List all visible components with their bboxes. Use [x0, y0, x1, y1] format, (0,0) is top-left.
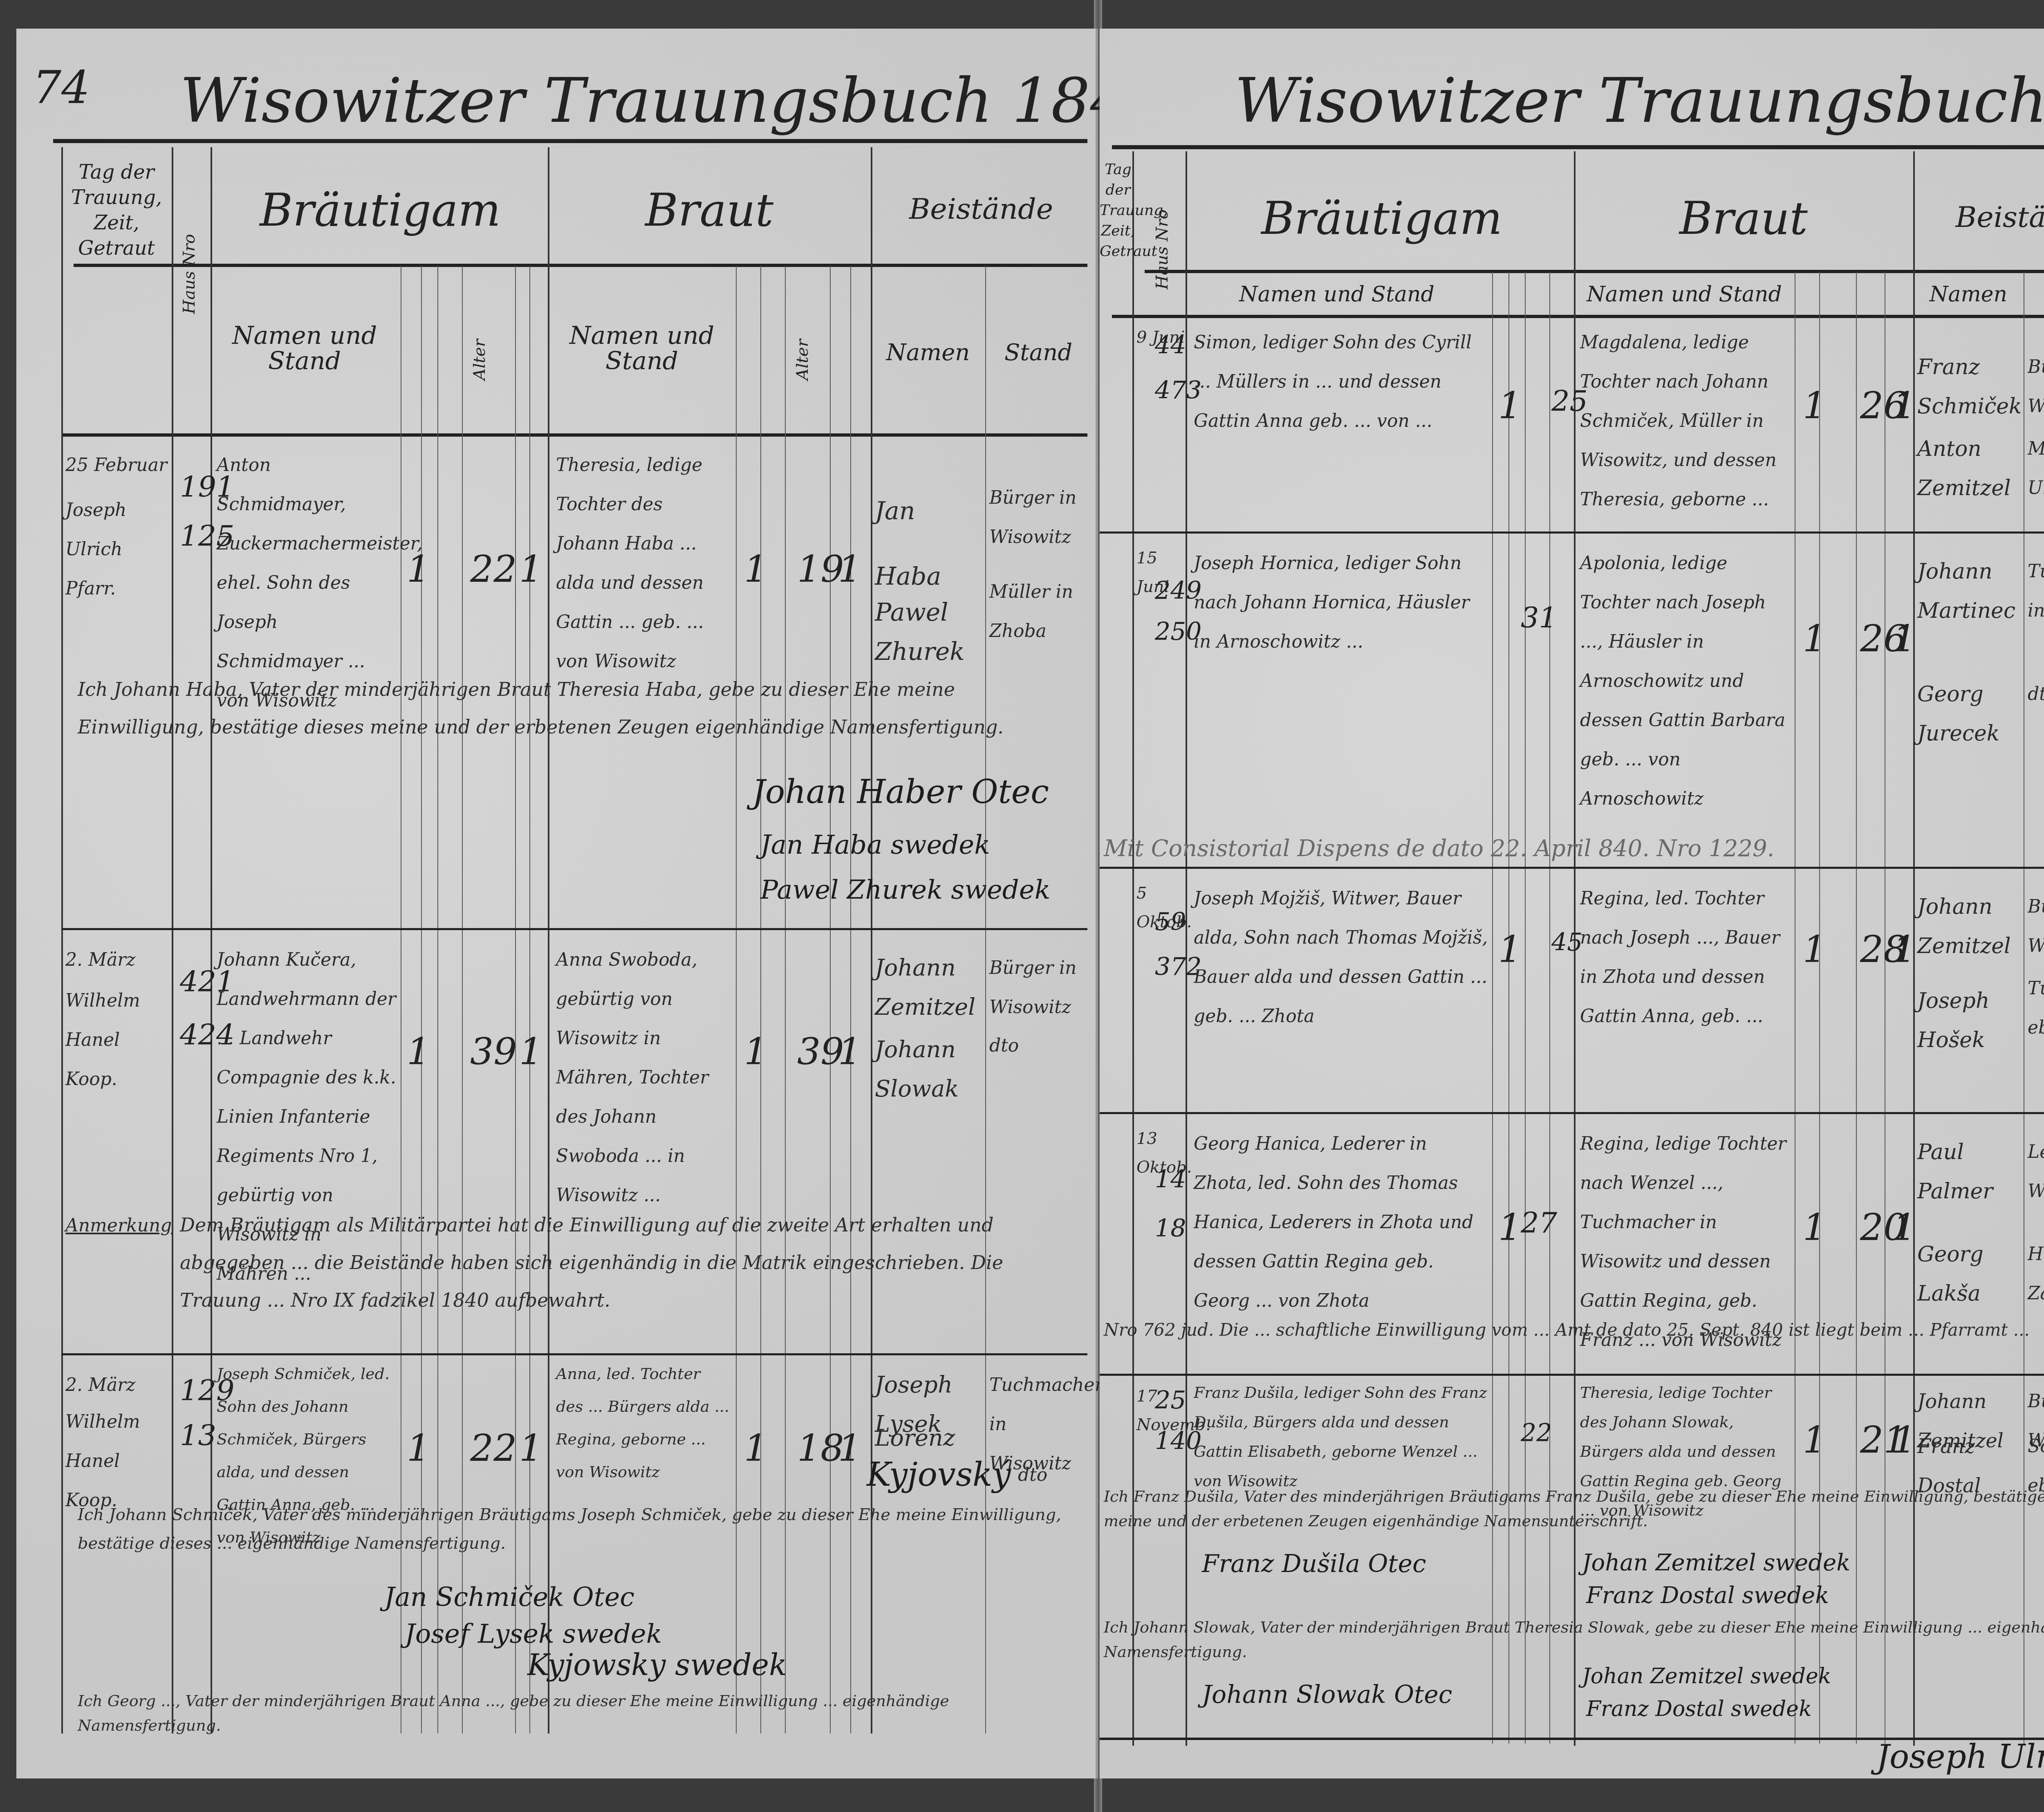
witness-name: Paul Palmer — [1917, 1132, 2019, 1211]
page-title-right: Wisowitzer Trauungsbuch 1840 — [1235, 65, 2044, 137]
consent-note-2: Ich Johann Slowak, Vater der minderjähri… — [1104, 1615, 2044, 1664]
note: Nro 762 jud. Die ... schaftliche Einwill… — [1104, 1316, 2044, 1343]
bride-age: 18 — [797, 1427, 844, 1470]
bride-religion-mark: 1 — [744, 548, 767, 591]
bride-religion-mark: 1 — [1803, 384, 1826, 427]
witness-name: Johann Slowak — [875, 1030, 981, 1109]
entry-divider — [61, 1353, 1087, 1355]
bride-single-mark: 1 — [1893, 928, 1916, 971]
groom-age: 22 — [470, 1427, 517, 1470]
witness-name: Georg Lakša — [1917, 1235, 2019, 1313]
col-line — [871, 147, 872, 1734]
witness-status: Tuchmacher in Wisowitz — [2028, 552, 2044, 630]
groom-religion-mark: 1 — [1498, 384, 1522, 427]
witness-name: Anton Zemitzel — [1917, 429, 2019, 508]
bride-single-mark: 1 — [1893, 1419, 1916, 1462]
witness-name: Johann Martinec — [1917, 552, 2019, 630]
witness-status: Bürger in Wisowitz — [989, 478, 1087, 557]
col-line — [61, 147, 63, 1734]
header-bride-name: Namen und Stand — [1578, 282, 1791, 307]
bride-single-mark: 1 — [1893, 1206, 1916, 1249]
header-bride-name: Namen und Stand — [552, 323, 732, 374]
house-no: 13 — [180, 1419, 216, 1452]
bride-description: Anna, led. Tochter des ... Bürgers alda … — [556, 1357, 732, 1488]
header-bride: Braut — [548, 184, 871, 236]
header-bottom-rule — [61, 433, 1087, 437]
page-title-left: Wisowitzer Trauungsbuch 1840 — [180, 65, 1168, 137]
groom-religion-mark: 1 — [407, 1427, 430, 1470]
witness-status: dto — [989, 1026, 1087, 1065]
bride-single-mark: 1 — [1893, 617, 1916, 660]
entry-divider — [1100, 867, 2044, 869]
bride-religion-mark: 1 — [1803, 1419, 1826, 1462]
house-no: 59 — [1155, 908, 1186, 936]
groom-single-mark: 1 — [519, 1030, 542, 1073]
remark-text: Dem Bräutigam als Militärpartei hat die … — [180, 1206, 1079, 1319]
witness-name: Joseph Hošek — [1917, 981, 2019, 1060]
signature: Johann Slowak Otec — [1202, 1680, 1452, 1709]
signature: Kyjowsky swedek — [527, 1648, 787, 1682]
header-groom-name: Namen und Stand — [1190, 282, 1484, 307]
witness-status: Bürger in Wisowitz — [2028, 887, 2044, 966]
witness-name: Jan Haba — [875, 478, 981, 609]
entry-officiant: Joseph Ulrich Pfarr. — [65, 491, 168, 608]
left-page: 74 Wisowitzer Trauungsbuch 1840 Tag der … — [16, 29, 1098, 1778]
bride-single-mark: 1 — [1893, 384, 1916, 427]
header-sub-rule — [74, 264, 1087, 267]
bride-age: 19 — [797, 548, 844, 591]
entry-divider — [61, 928, 1087, 930]
signature: Johan Zemitzel swedek — [1582, 1664, 1831, 1689]
col-line — [172, 147, 173, 1734]
header-witness-name: Namen — [1917, 282, 2019, 307]
groom-description: Georg Hanica, Lederer in Zhota, led. Soh… — [1194, 1124, 1488, 1321]
bride-single-mark: 1 — [838, 1030, 861, 1073]
signature: Jan Haba swedek — [760, 830, 990, 860]
signature: Johan Haber Otec — [752, 773, 1049, 811]
dispensation-note: Mit Consistorial Dispens de dato 22. Apr… — [1104, 830, 2044, 868]
entry-date: 2. März — [65, 940, 168, 980]
witness-name: Pawel Zhurek — [875, 593, 981, 671]
signature: Josef Lysek swedek — [405, 1619, 662, 1649]
groom-age: 31 — [1521, 601, 1557, 635]
bride-age: 39 — [797, 1030, 844, 1073]
header-top-rule — [53, 139, 1087, 143]
entry-divider — [1100, 1112, 2044, 1114]
groom-religion-mark: 1 — [407, 1030, 430, 1073]
witness-status: Bürger in Wisowitz — [2028, 348, 2044, 426]
witness-name: Georg Jurecek — [1917, 675, 2019, 753]
register-book: 74 Wisowitzer Trauungsbuch 1840 Tag der … — [0, 0, 2044, 1812]
page-number-left: 74 — [33, 61, 90, 114]
consent-note: Ich Franz Dušila, Vater des minderjährig… — [1104, 1484, 2044, 1533]
entry-divider — [1100, 1374, 2044, 1376]
header-date: Tag der Trauung, Zeit, Getraut — [1100, 159, 1136, 262]
signature: Johan Zemitzel swedek — [1582, 1550, 1850, 1576]
signature: Franz Dušila Otec — [1202, 1550, 1426, 1578]
header-groom: Bräutigam — [213, 184, 548, 236]
groom-description: Franz Dušila, lediger Sohn des Franz Duš… — [1194, 1378, 1488, 1496]
groom-religion-mark: 1 — [1498, 1206, 1522, 1249]
groom-description: Simon, lediger Sohn des Cyrill ... Mülle… — [1194, 323, 1488, 441]
witness-status: Müller in Zhoba — [989, 572, 1087, 651]
header-date: Tag der Trauung, Zeit, Getraut — [65, 159, 168, 261]
groom-age: 22 — [470, 548, 517, 591]
groom-age: 27 — [1521, 1206, 1557, 1240]
witness-status: Lederer in Wisowitz — [2028, 1132, 2044, 1211]
bride-description: Magdalena, ledige Tochter nach Johann Sc… — [1580, 323, 1793, 519]
house-no: 44 — [1155, 331, 1186, 360]
witness-status: Bürger in Wisowitz — [989, 949, 1087, 1027]
house-no: 25 — [1155, 1386, 1186, 1415]
bride-description: Apolonia, ledige Tochter nach Joseph ...… — [1580, 544, 1793, 819]
header-groom-age: Alter — [470, 294, 489, 425]
consent-note: Ich Johann Schmiček, Vater des minderjäh… — [78, 1500, 1079, 1558]
groom-age: 39 — [470, 1030, 517, 1073]
pastor-signature: Joseph Ulrich Pfarrer — [1876, 1738, 2044, 1776]
bride-description: Regina, led. Tochter nach Joseph ..., Ba… — [1580, 879, 1793, 1036]
col-line — [548, 147, 549, 1734]
header-sub-rule — [1145, 270, 2044, 273]
signature: Jan Schmiček Otec — [384, 1582, 634, 1612]
witness-name: Johann Zemitzel — [875, 949, 981, 1027]
header-witnesses: Beistände — [871, 192, 1091, 226]
bride-religion-mark: 1 — [744, 1030, 767, 1073]
col-line — [211, 147, 212, 1734]
groom-religion-mark: 1 — [407, 548, 430, 591]
house-no: 18 — [1155, 1214, 1186, 1243]
witness-status: Häusler in Zappen — [2028, 1235, 2044, 1313]
bride-religion-mark: 1 — [1803, 617, 1826, 660]
header-witness-name: Namen — [875, 339, 981, 366]
header-bride-age: Alter — [793, 294, 812, 425]
witness-status: Tuchmachermeister ebenda — [2028, 969, 2044, 1047]
header-groom: Bräutigam — [1190, 192, 1574, 244]
entry-divider — [1100, 531, 2044, 534]
consent-note: Ich Johann Haba, Vater der minderjährige… — [78, 671, 1079, 746]
groom-age: 45 — [1551, 928, 1582, 957]
header-top-rule — [1112, 145, 2044, 149]
bride-religion-mark: 1 — [1803, 928, 1826, 971]
witness-name: Lorenz — [875, 1419, 981, 1458]
witness-name: Franz Schmiček — [1917, 348, 2019, 426]
signature: Pawel Zhurek swedek — [760, 875, 1050, 905]
header-house-no: Haus Nro — [180, 172, 199, 376]
witness-status: dto — [2028, 675, 2044, 714]
remark-label: Anmerkung — [65, 1206, 168, 1245]
groom-description: Joseph Hornica, lediger Sohn nach Johann… — [1194, 544, 1488, 662]
right-page: Wisowitzer Trauungsbuch 1840 75 Tag der … — [1100, 29, 2044, 1778]
house-no: 14 — [1155, 1165, 1186, 1194]
bride-description: Anna Swoboda, gebürtig von Wisowitz in M… — [556, 940, 732, 1215]
consent-note-2: Ich Georg ..., Vater der minderjährigen … — [78, 1689, 1079, 1738]
entry-date: 25 Februar — [65, 446, 168, 485]
header-witness-status: Stand — [2028, 282, 2044, 307]
groom-age: 22 — [1521, 1419, 1552, 1447]
witness-name: Johann Zemitzel — [1917, 887, 2019, 966]
header-groom-name: Namen und Stand — [213, 323, 397, 374]
header-bottom-rule — [1112, 315, 2044, 318]
witness-status: dto — [1018, 1455, 1087, 1495]
header-witnesses: Beistände — [1913, 200, 2044, 234]
groom-single-mark: 1 — [519, 1427, 542, 1470]
witness-status: Müller in Ublinitz — [2028, 429, 2044, 508]
entry-date: 2. März — [65, 1366, 168, 1405]
header-house-no: Haus Nro — [1153, 164, 1172, 335]
groom-religion-mark: 1 — [1498, 928, 1522, 971]
header-witness-status: Stand — [989, 339, 1087, 366]
signature: Franz Dostal swedek — [1586, 1582, 1829, 1609]
groom-description: Joseph Mojžiš, Witwer, Bauer alda, Sohn … — [1194, 879, 1488, 1036]
bride-religion-mark: 1 — [744, 1427, 767, 1470]
groom-single-mark: 1 — [519, 548, 542, 591]
bride-single-mark: 1 — [838, 1427, 861, 1470]
header-bride: Braut — [1574, 192, 1913, 244]
bride-single-mark: 1 — [838, 548, 861, 591]
bride-religion-mark: 1 — [1803, 1206, 1826, 1249]
entry-officiant: Wilhelm Hanel Koop. — [65, 981, 168, 1099]
signature: Franz Dostal swedek — [1586, 1697, 1812, 1721]
bride-description: Theresia, ledige Tochter des Johann Haba… — [556, 446, 732, 681]
